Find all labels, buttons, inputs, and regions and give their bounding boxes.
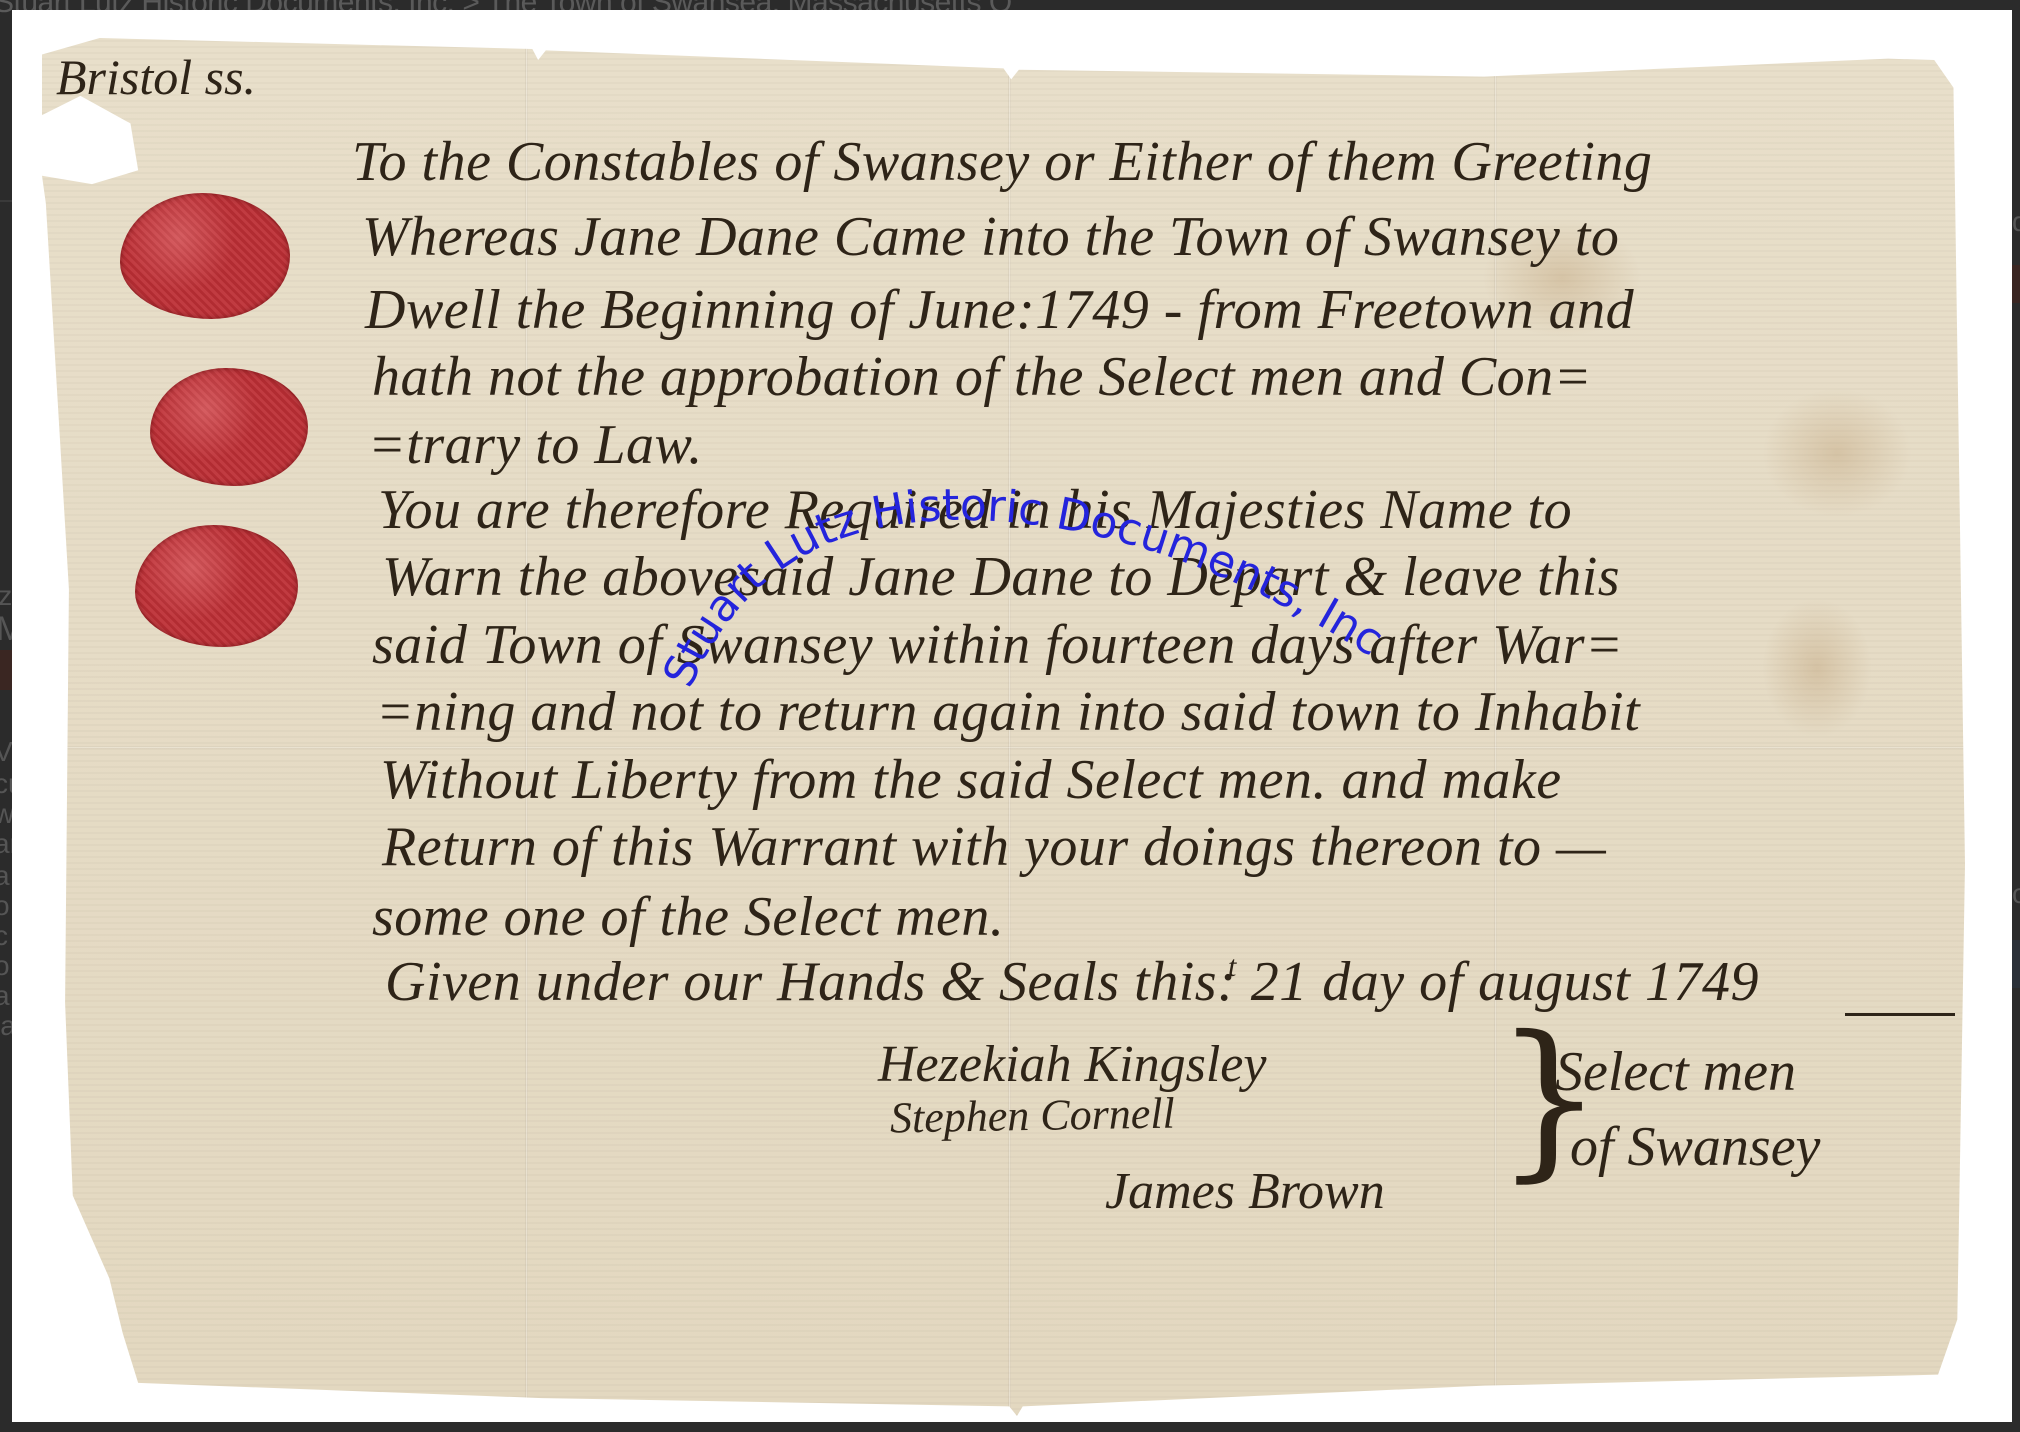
document-line: =trary to Law.: [368, 413, 703, 477]
background-banner: [0, 650, 12, 690]
document-line: Dwell the Beginning of June:1749 - from …: [365, 278, 1634, 342]
county-heading: Bristol ss.: [56, 48, 256, 106]
wax-seal: [135, 525, 298, 647]
background-text-fragment: c: [2012, 880, 2020, 908]
signature-note: Select men: [1555, 1040, 1796, 1104]
document-line: some one of the Select men.: [372, 885, 1004, 949]
date-superscript: t: [1228, 950, 1236, 984]
background-text-fragment: c: [0, 922, 8, 950]
paper-stain: [1762, 598, 1872, 738]
wax-seal: [150, 368, 308, 486]
background-divider: [0, 200, 12, 202]
background-text-fragment: a: [0, 862, 10, 890]
document-line: =ning and not to return again into said …: [376, 680, 1640, 744]
background-text-fragment: V: [0, 738, 13, 766]
document-line: hath not the approbation of the Select m…: [372, 345, 1592, 409]
signature: Hezekiah Kingsley: [878, 1035, 1266, 1094]
wax-seal: [120, 193, 290, 319]
background-text-fragment: o: [0, 952, 10, 980]
signature: James Brown: [1105, 1162, 1385, 1221]
background-banner: [2012, 265, 2020, 303]
signature: Stephen Cornell: [890, 1088, 1176, 1144]
background-text-fragment: iz: [0, 582, 12, 610]
document-line: To the Constables of Swansey or Either o…: [352, 130, 1652, 194]
document-line: said Town of Swansey within fourteen day…: [372, 613, 1623, 677]
document-line: Warn the abovesaid Jane Dane to Depart &…: [382, 545, 1620, 609]
document-line: Whereas Jane Dane Came into the Town of …: [362, 205, 1619, 269]
paper-stain: [1762, 388, 1912, 518]
signature-note: of Swansey: [1570, 1115, 1820, 1179]
background-text-fragment: a: [0, 982, 10, 1010]
document-line: You are therefore Required in his Majest…: [378, 478, 1572, 542]
year-underline: [1845, 1013, 1955, 1016]
document-line: Return of this Warrant with your doings …: [382, 815, 1606, 879]
background-banner: [2012, 940, 2020, 988]
document-line: Without Liberty from the said Select men…: [380, 748, 1562, 812]
background-text-fragment: o: [0, 892, 10, 920]
background-text-fragment: d: [2012, 208, 2020, 236]
